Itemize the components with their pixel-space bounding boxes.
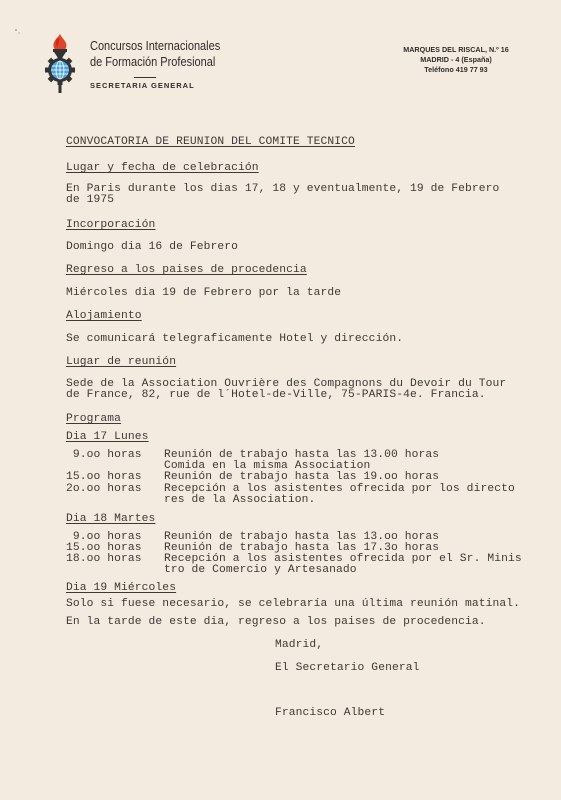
address-city: MADRID - 4 (España): [381, 55, 531, 65]
schedule-text: res de la Association.: [164, 494, 315, 506]
org-line-1: Concursos Internacionales: [90, 38, 220, 54]
day-heading: Dia 17 Lunes: [66, 431, 149, 443]
section-heading: Lugar de reunión: [66, 356, 176, 368]
address-phone: Teléfono 419 77 93: [381, 65, 531, 75]
organization-name: Concursos Internacionales de Formación P…: [90, 38, 220, 70]
address-street: MARQUES DEL RISCAL, N.º 16: [381, 45, 531, 55]
section-heading: Regreso a los paises de procedencia: [66, 264, 307, 276]
section-text: de 1975: [66, 194, 114, 206]
section-text: Miércoles dia 19 de Febrero por la tarde: [66, 287, 341, 299]
section-text: En Paris durante los dias 17, 18 y event…: [66, 183, 499, 195]
programa-heading: Programa: [66, 413, 121, 425]
schedule-time: 15.oo horas: [66, 471, 142, 483]
schedule-time: 2o.oo horas: [66, 483, 142, 495]
section-text: de France, 82, rue de l´Hotel-de-Ville, …: [66, 389, 486, 401]
section-text: Domingo dia 16 de Febrero: [66, 241, 238, 253]
org-line-2: de Formación Profesional: [90, 54, 220, 70]
section-text: Solo si fuese necesario, se celebraría u…: [66, 598, 520, 610]
paper-specks: [14, 28, 22, 36]
day-heading: Dia 18 Martes: [66, 513, 155, 525]
schedule-time: 9.oo horas: [66, 449, 142, 461]
day-heading: Dia 19 Miércoles: [66, 582, 176, 594]
section-heading: Incorporación: [66, 219, 155, 231]
schedule-text: Reunión de trabajo hasta las 19.oo horas: [164, 471, 439, 483]
signer-name: Francisco Albert: [275, 707, 385, 719]
schedule-text: tro de Comercio y Artesanado: [164, 564, 357, 576]
torch-gear-globe-icon: [42, 32, 78, 94]
schedule-time: 18.oo horas: [66, 553, 142, 565]
org-divider: [134, 77, 156, 78]
section-text: Se comunicará telegraficamente Hotel y d…: [66, 333, 403, 345]
address-block: MARQUES DEL RISCAL, N.º 16 MADRID - 4 (E…: [381, 45, 531, 75]
signer-title: El Secretario General: [275, 662, 419, 674]
section-heading: Lugar y fecha de celebración: [66, 162, 259, 174]
document-title: CONVOCATORIA DE REUNION DEL COMITE TECNI…: [66, 136, 355, 148]
closing-place: Madrid,: [275, 639, 323, 651]
section-text: En la tarde de este dia, regreso a los p…: [66, 616, 486, 628]
department-label: SECRETARIA GENERAL: [90, 81, 195, 90]
section-heading: Alojamiento: [66, 310, 142, 322]
